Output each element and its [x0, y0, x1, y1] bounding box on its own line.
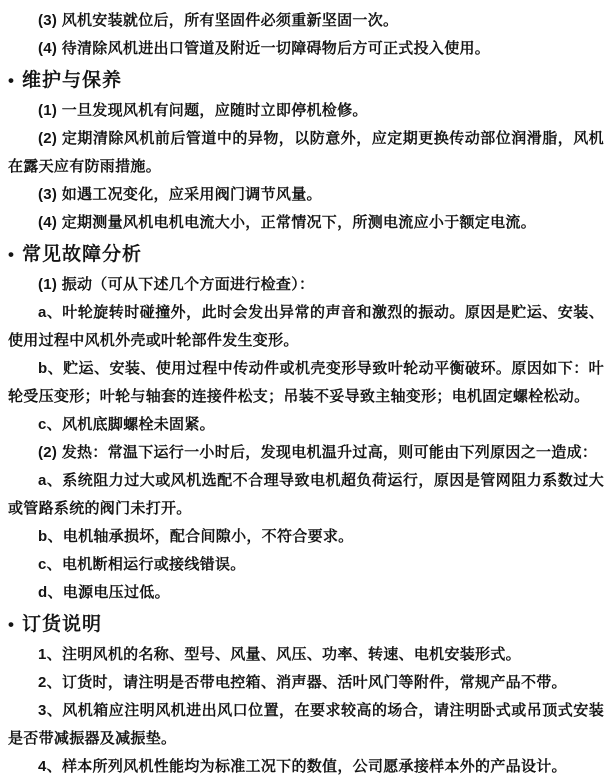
maintenance-item: (4) 定期测量风机电机电流大小，正常情况下，所测电流应小于额定电流。 [8, 209, 604, 237]
fault-item: a、系统阻力过大或风机选配不合理导致电机超负荷运行，原因是管网阻力系数过大或管路… [8, 467, 604, 523]
fault-item: b、电机轴承损坏，配合间隙小，不符合要求。 [8, 523, 604, 551]
bullet-icon: • [8, 242, 14, 268]
maintenance-item: (3) 如遇工况变化，应采用阀门调节风量。 [8, 181, 604, 209]
section-heading-ordering: • 订货说明 [8, 612, 604, 638]
section-heading-fault-analysis: • 常见故障分析 [8, 242, 604, 268]
ordering-item: 3、风机箱应注明风机进出风口位置，在要求较高的场合，请注明卧式或吊顶式安装是否带… [8, 697, 604, 753]
maintenance-item: (1) 一旦发现风机有问题，应随时立即停机检修。 [8, 97, 604, 125]
ordering-item: 1、注明风机的名称、型号、风量、风压、功率、转速、电机安装形式。 [8, 641, 604, 669]
bullet-icon: • [8, 68, 14, 94]
fault-item: c、电机断相运行或接线错误。 [8, 551, 604, 579]
intro-paragraph: (3) 风机安装就位后，所有坚固件必须重新坚固一次。 [8, 7, 604, 35]
section-title: 常见故障分析 [22, 242, 142, 268]
bullet-icon: • [8, 612, 14, 638]
maintenance-item: (2) 定期清除风机前后管道中的异物，以防意外，应定期更换传动部位润滑脂，风机在… [8, 125, 604, 181]
fault-item: d、电源电压过低。 [8, 579, 604, 607]
fault-item: (1) 振动（可从下述几个方面进行检查）： [8, 271, 604, 299]
section-title: 维护与保养 [22, 68, 122, 94]
fault-item: c、风机底脚螺栓未固紧。 [8, 411, 604, 439]
fault-item: a、叶轮旋转时碰撞外，此时会发出异常的声音和激烈的振动。原因是贮运、安装、使用过… [8, 299, 604, 355]
intro-paragraph: (4) 待清除风机进出口管道及附近一切障碍物后方可正式投入使用。 [8, 35, 604, 63]
fault-item: b、贮运、安装、使用过程中传动件或机壳变形导致叶轮动平衡破环。原因如下：叶轮受压… [8, 355, 604, 411]
ordering-item: 2、订货时，请注明是否带电控箱、消声器、活叶风门等附件，常规产品不带。 [8, 669, 604, 697]
section-heading-maintenance: • 维护与保养 [8, 68, 604, 94]
ordering-item: 4、样本所列风机性能均为标准工况下的数值，公司愿承接样本外的产品设计。 [8, 753, 604, 781]
fault-item: (2) 发热：常温下运行一小时后，发现电机温升过高，则可能由下列原因之一造成： [8, 439, 604, 467]
section-title: 订货说明 [22, 612, 102, 638]
document-page: (3) 风机安装就位后，所有坚固件必须重新坚固一次。 (4) 待清除风机进出口管… [0, 0, 612, 784]
